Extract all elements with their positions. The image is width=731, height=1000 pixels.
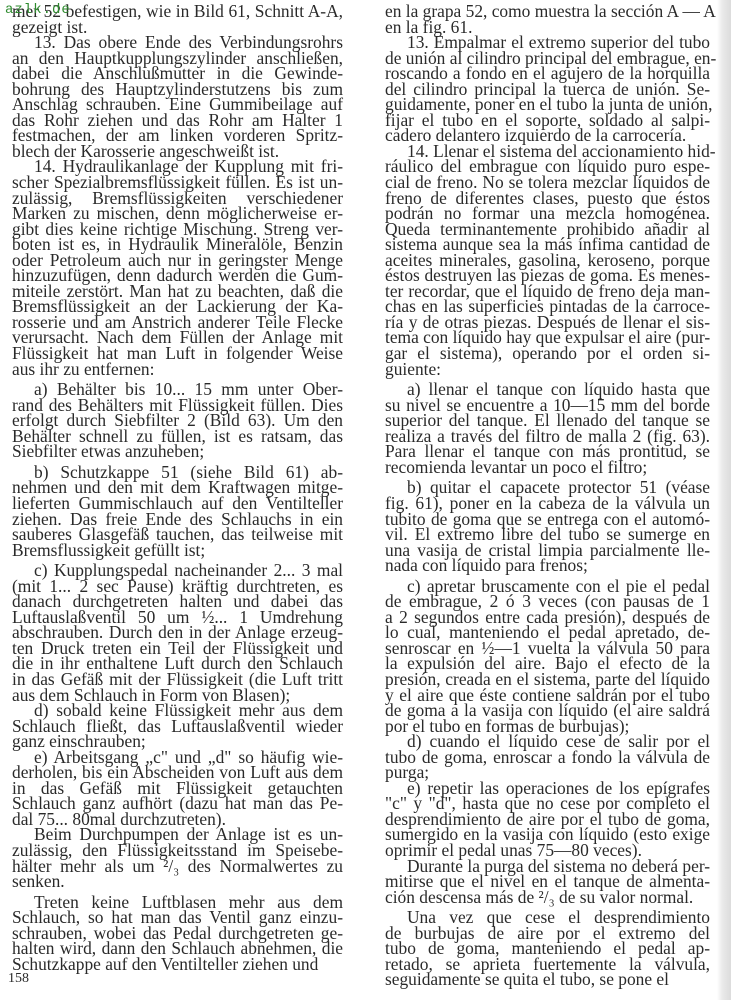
text-line: Schutzkappe auf den Ventilteller ziehen … — [12, 957, 343, 973]
left-column-german: mer 52 befestigen, wie in Bild 61, Schni… — [12, 4, 343, 972]
paragraph: 13. Empalmar el extremo superior del tub… — [385, 35, 710, 144]
text-line: senken. — [12, 874, 343, 890]
paragraph: b) quitar el capacete protector 51 (véas… — [385, 480, 710, 573]
text-line: Bremsflussigkeit gefüllt ist; — [12, 543, 343, 559]
paragraph: a) Behälter bis 10... 15 mm unter Ober-r… — [12, 382, 343, 460]
paragraph: en la grapa 52, como muestra la sección … — [385, 4, 710, 35]
paragraph: e) repetir las operaciones de los epígra… — [385, 781, 710, 859]
text-line: recomienda levantar un poco el filtro; — [385, 460, 710, 476]
text-line: nada con líquido para frenos; — [385, 558, 710, 574]
text-line: seguidamente se quita el tubo, se pone e… — [385, 972, 710, 988]
text-line: guiente: — [385, 362, 710, 378]
right-column-spanish: en la grapa 52, como muestra la sección … — [385, 4, 710, 988]
text-line: Siebfilter etwas anzuheben; — [12, 444, 343, 460]
paragraph: 13. Das obere Ende des Verbindungsrohrsa… — [12, 35, 343, 159]
paragraph: 14. Llenar el sistema del accionamiento … — [385, 144, 710, 377]
watermark: azlk.de — [5, 2, 71, 18]
paragraph: 14. Hydraulikanlage der Kupplung mit fri… — [12, 159, 343, 377]
paragraph: b) Schutzkappe 51 (siehe Bild 61) ab-neh… — [12, 465, 343, 558]
text-line: ción descensa más de ²/₃ de su valor nor… — [385, 890, 710, 906]
paragraph: Beim Durchpumpen der Anlage ist es un-zu… — [12, 827, 343, 889]
paragraph: Treten keine Luftblasen mehr aus demSchl… — [12, 895, 343, 973]
paragraph: d) cuando el líquido cese de salir por e… — [385, 734, 710, 781]
paragraph: Durante la purga del sistema no deberá p… — [385, 859, 710, 906]
paragraph: d) sobald keine Flüssigkeit mehr aus dem… — [12, 703, 343, 750]
paragraph: Una vez que cese el desprendimientode bu… — [385, 910, 710, 988]
text-line: tubo de goma, enroscar a fondo la válvul… — [385, 750, 710, 766]
page-edge-shadow — [717, 0, 731, 1000]
text-line: aus ihr zu entfernen: — [12, 362, 343, 378]
paragraph: c) apretar bruscamente con el pie el ped… — [385, 579, 710, 734]
paragraph: e) Arbeitsgang „c" und „d" so häufig wie… — [12, 750, 343, 828]
paragraph: c) Kupplungspedal nacheinander 2... 3 ma… — [12, 563, 343, 703]
paragraph: a) llenar el tanque con líquido hasta qu… — [385, 382, 710, 475]
page-number: 158 — [8, 971, 29, 987]
